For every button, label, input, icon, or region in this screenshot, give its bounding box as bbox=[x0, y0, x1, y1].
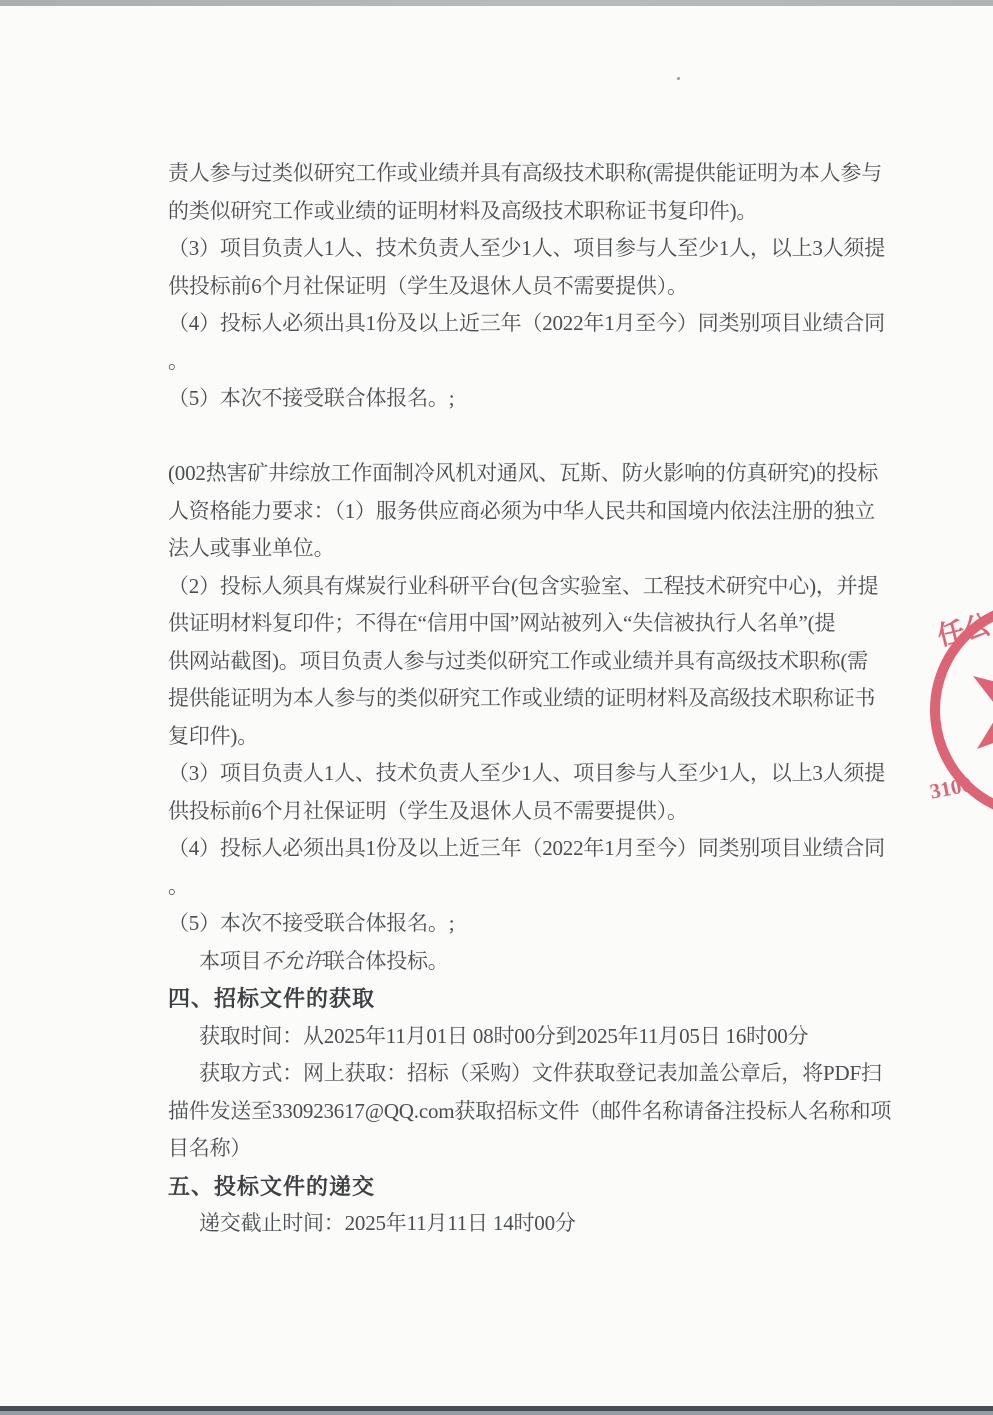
text-run: (002热害矿井综放工作面制冷风机对通风、瓦斯、防火影响的仿真研究)的投标 bbox=[168, 461, 878, 485]
text-run: 不允许 bbox=[261, 949, 323, 973]
text-line: 提供能证明为本人参与的类似研究工作或业绩的证明材料及高级技术职称证书 bbox=[168, 680, 868, 718]
text-run: 四、招标文件的获取 bbox=[168, 986, 375, 1011]
document-body: 责人参与过类似研究工作或业绩并具有高级技术职称(需提供能证明为本人参与的类似研究… bbox=[168, 155, 868, 1243]
text-line: （4）投标人必须出具1份及以上近三年（2022年1月至今）同类别项目业绩合同 bbox=[168, 830, 868, 868]
text-run: 供投标前6个月社保证明（学生及退休人员不需要提供）。 bbox=[168, 274, 688, 298]
section-heading: 四、招标文件的获取 bbox=[168, 980, 868, 1018]
text-line: 人资格能力要求：（1）服务供应商必须为中华人民共和国境内依法注册的独立 bbox=[168, 493, 868, 531]
scan-edge-top bbox=[0, 0, 993, 6]
text-run: （4）投标人必须出具1份及以上近三年（2022年1月至今）同类别项目业绩合同 bbox=[168, 836, 885, 860]
text-run: 供投标前6个月社保证明（学生及退休人员不需要提供）。 bbox=[168, 799, 688, 823]
text-line: 的类似研究工作或业绩的证明材料及高级技术职称证书复印件)。 bbox=[168, 193, 868, 231]
text-line: 供证明材料复印件；不得在“信用中国”网站被列入“失信被执行人名单”(提 bbox=[168, 605, 868, 643]
text-line: 。 bbox=[168, 343, 868, 381]
section-heading: 五、投标文件的递交 bbox=[168, 1168, 868, 1206]
blank-line bbox=[168, 418, 868, 456]
text-line: 目名称） bbox=[168, 1130, 868, 1168]
text-line: 获取方式：网上获取：招标（采购）文件获取登记表加盖公章后，将PDF扫 bbox=[168, 1055, 868, 1093]
text-line: 。 bbox=[168, 868, 868, 906]
text-run: 递交截止时间：2025年11月11日 14时00分 bbox=[199, 1211, 576, 1235]
text-run: 提供能证明为本人参与的类似研究工作或业绩的证明材料及高级技术职称证书 bbox=[168, 686, 875, 710]
text-run: 联合体投标。 bbox=[324, 949, 449, 973]
text-line: (002热害矿井综放工作面制冷风机对通风、瓦斯、防火影响的仿真研究)的投标 bbox=[168, 455, 868, 493]
text-run: 五、投标文件的递交 bbox=[168, 1174, 375, 1199]
text-line: 供投标前6个月社保证明（学生及退休人员不需要提供）。 bbox=[168, 793, 868, 831]
text-line: 供网站截图)。项目负责人参与过类似研究工作或业绩并具有高级技术职称(需 bbox=[168, 643, 868, 681]
text-run: 本项目 bbox=[199, 949, 261, 973]
scan-edge-bottom-outer bbox=[0, 1411, 993, 1415]
text-run: （5）本次不接受联合体报名。; bbox=[168, 911, 454, 935]
text-line: （3）项目负责人1人、技术负责人至少1人、项目参与人至少1人，以上3人须提 bbox=[168, 230, 868, 268]
text-run: 获取时间：从2025年11月01日 08时00分到2025年11月05日 16时… bbox=[199, 1024, 808, 1048]
seal-partial-text: 任公 bbox=[934, 609, 993, 651]
text-line: （5）本次不接受联合体报名。; bbox=[168, 905, 868, 943]
text-run: 法人或事业单位。 bbox=[168, 536, 334, 560]
text-run: （2）投标人须具有煤炭行业科研平台(包含实验室、工程技术研究中心)，并提 bbox=[168, 574, 878, 598]
document-page: 责人参与过类似研究工作或业绩并具有高级技术职称(需提供能证明为本人参与的类似研究… bbox=[0, 0, 993, 1415]
text-run: （4）投标人必须出具1份及以上近三年（2022年1月至今）同类别项目业绩合同 bbox=[168, 311, 885, 335]
text-line: 责人参与过类似研究工作或业绩并具有高级技术职称(需提供能证明为本人参与 bbox=[168, 155, 868, 193]
text-run: 的类似研究工作或业绩的证明材料及高级技术职称证书复印件)。 bbox=[168, 199, 757, 223]
text-line: （2）投标人须具有煤炭行业科研平台(包含实验室、工程技术研究中心)，并提 bbox=[168, 568, 868, 606]
text-run: 人资格能力要求：（1）服务供应商必须为中华人民共和国境内依法注册的独立 bbox=[168, 499, 875, 523]
text-run: 目名称） bbox=[168, 1136, 251, 1160]
seal-star-icon bbox=[973, 650, 993, 768]
text-line: 获取时间：从2025年11月01日 08时00分到2025年11月05日 16时… bbox=[168, 1018, 868, 1056]
text-run: 复印件)。 bbox=[168, 724, 258, 748]
text-run: 获取方式：网上获取：招标（采购）文件获取登记表加盖公章后，将PDF扫 bbox=[199, 1061, 882, 1085]
text-line: 描件发送至330923617@QQ.com获取招标文件（邮件名称请备注投标人名称… bbox=[168, 1093, 868, 1131]
seal-partial-number: 3100 bbox=[930, 772, 974, 804]
text-run: 。 bbox=[168, 874, 189, 898]
text-line: （3）项目负责人1人、技术负责人至少1人、项目参与人至少1人，以上3人须提 bbox=[168, 755, 868, 793]
text-run: 责人参与过类似研究工作或业绩并具有高级技术职称(需提供能证明为本人参与 bbox=[168, 161, 882, 185]
text-run: 供证明材料复印件；不得在“信用中国”网站被列入“失信被执行人名单”(提 bbox=[168, 611, 835, 635]
scan-artifact-dot bbox=[677, 77, 680, 80]
text-line: 递交截止时间：2025年11月11日 14时00分 bbox=[168, 1205, 868, 1243]
text-run: 。 bbox=[168, 349, 189, 373]
text-line: 复印件)。 bbox=[168, 718, 868, 756]
text-run: 供网站截图)。项目负责人参与过类似研究工作或业绩并具有高级技术职称(需 bbox=[168, 649, 868, 673]
text-run: （3）项目负责人1人、技术负责人至少1人、项目参与人至少1人，以上3人须提 bbox=[168, 761, 885, 785]
text-line: （5）本次不接受联合体报名。; bbox=[168, 380, 868, 418]
text-line: 供投标前6个月社保证明（学生及退休人员不需要提供）。 bbox=[168, 268, 868, 306]
official-seal: 任公 3100 bbox=[930, 595, 993, 830]
text-line: 本项目不允许联合体投标。 bbox=[168, 943, 868, 981]
text-run: 描件发送至330923617@QQ.com获取招标文件（邮件名称请备注投标人名称… bbox=[168, 1099, 891, 1123]
text-line: 法人或事业单位。 bbox=[168, 530, 868, 568]
text-run: （3）项目负责人1人、技术负责人至少1人、项目参与人至少1人，以上3人须提 bbox=[168, 236, 885, 260]
text-run: （5）本次不接受联合体报名。; bbox=[168, 386, 454, 410]
text-line: （4）投标人必须出具1份及以上近三年（2022年1月至今）同类别项目业绩合同 bbox=[168, 305, 868, 343]
